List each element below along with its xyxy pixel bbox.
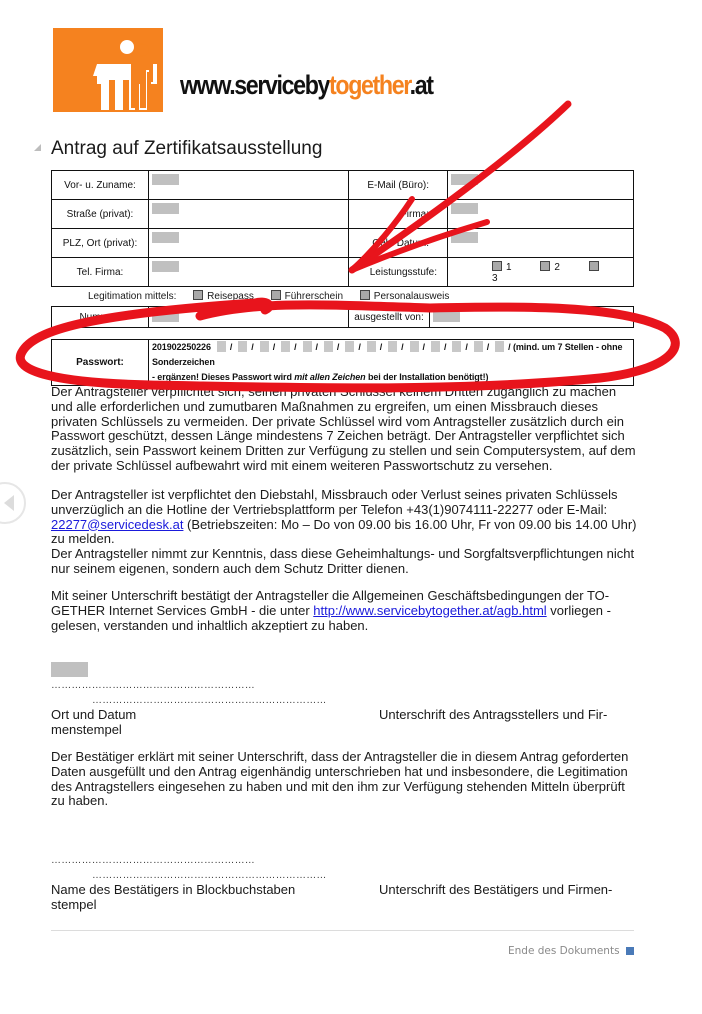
checkbox-icon[interactable] [540, 261, 550, 271]
slot-separator: / [358, 342, 360, 352]
field-label: Vor- u. Zuname: [52, 171, 149, 200]
checkbox-icon[interactable] [360, 290, 370, 300]
field-label: Leistungsstufe: [349, 258, 448, 287]
password-slot[interactable] [495, 341, 504, 352]
slot-separator: / [294, 342, 296, 352]
dotted-line: …………………………………………………… [51, 855, 255, 866]
password-slot[interactable] [410, 341, 419, 352]
password-label: Passwort: [52, 340, 149, 386]
slot-separator: / [230, 342, 232, 352]
level-option-2[interactable]: 2 [540, 262, 560, 273]
email-field[interactable] [448, 171, 634, 200]
password-slot[interactable] [281, 341, 290, 352]
password-slot[interactable] [238, 341, 247, 352]
previous-page-button[interactable] [0, 482, 26, 524]
checkbox-icon[interactable] [589, 261, 599, 271]
end-divider [51, 930, 634, 931]
confirmer-name-label: Name des Bestätigers in Blockbuchstaben [51, 882, 295, 897]
password-slot[interactable] [217, 341, 226, 352]
field-label: Straße (privat): [52, 200, 149, 229]
table-row: Straße (privat): Firma: [52, 200, 634, 229]
slot-separator: / [444, 342, 446, 352]
confirmer-signature-label: Unterschrift des Bestätigers und Firmen- [379, 882, 612, 897]
id-document-table: Nummer: ausgestellt von: [51, 306, 634, 328]
place-date-label: Ort und Datum [51, 707, 136, 722]
checkbox-icon[interactable] [492, 261, 502, 271]
password-slot[interactable] [303, 341, 312, 352]
field-label: E-Mail (Büro): [349, 171, 448, 200]
password-slot[interactable] [367, 341, 376, 352]
paragraph-loss-reporting: Der Antragsteller ist verpflichtet den D… [51, 488, 641, 547]
table-row: Passwort: 201902250226////////////// (mi… [52, 340, 634, 386]
field-label: Geb. Datum: [349, 229, 448, 258]
option-passport[interactable]: Reisepass [193, 291, 254, 302]
slot-separator: / [380, 342, 382, 352]
field-label: Nummer: [52, 307, 149, 328]
field-label: Firma: [349, 200, 448, 229]
end-of-document-label: Ende des Dokuments [508, 945, 620, 957]
company-phone-field[interactable] [149, 258, 349, 287]
password-slot[interactable] [452, 341, 461, 352]
applicant-signature-label: Unterschrift des Antragsstellers und Fir… [379, 707, 607, 722]
paragraph-confirmer: Der Bestätiger erklärt mit seiner Unters… [51, 750, 641, 809]
agb-link[interactable]: http://www.servicebytogether.at/agb.html [313, 603, 546, 618]
password-slots[interactable]: ////////////// [211, 342, 511, 352]
dotted-line: …………………………………………………………… [92, 870, 327, 881]
issued-by-field[interactable] [430, 307, 634, 328]
zip-city-field[interactable] [149, 229, 349, 258]
password-prefix: 201902250226 [152, 342, 211, 352]
collapse-triangle-icon[interactable] [34, 144, 41, 151]
dotted-line: …………………………………………………………… [92, 695, 327, 706]
paragraph-key-obligation: Der Antragsteller verpflichtet sich, sei… [51, 385, 641, 474]
table-row: Nummer: ausgestellt von: [52, 307, 634, 328]
option-id-card[interactable]: Personalausweis [360, 291, 450, 302]
password-table: Passwort: 201902250226////////////// (mi… [51, 339, 634, 386]
page-title: Antrag auf Zertifikatsausstellung [51, 138, 322, 160]
slot-separator: / [487, 342, 489, 352]
option-drivers-license[interactable]: Führerschein [271, 291, 343, 302]
password-slot[interactable] [431, 341, 440, 352]
password-slot[interactable] [474, 341, 483, 352]
slot-separator: / [401, 342, 403, 352]
field-label: Tel. Firma: [52, 258, 149, 287]
password-slot[interactable] [324, 341, 333, 352]
applicant-signature-label-cont: menstempel [51, 722, 122, 737]
slot-separator: / [337, 342, 339, 352]
arrow-left-icon [4, 495, 14, 511]
legitimation-row: Legitimation mittels: Reisepass Führersc… [88, 290, 449, 302]
id-number-field[interactable] [149, 307, 349, 328]
company-logo: www.servicebytogether.at [53, 28, 413, 112]
applicant-form-table: Vor- u. Zuname: E-Mail (Büro): Straße (p… [51, 170, 634, 287]
table-row: Vor- u. Zuname: E-Mail (Büro): [52, 171, 634, 200]
field-label: PLZ, Ort (privat): [52, 229, 149, 258]
dotted-line: …………………………………………………… [51, 680, 255, 691]
legitimation-label: Legitimation mittels: [88, 291, 176, 302]
slot-separator: / [316, 342, 318, 352]
company-field[interactable] [448, 200, 634, 229]
slot-separator: / [465, 342, 467, 352]
place-date-field[interactable] [51, 662, 88, 677]
slot-separator: / [423, 342, 425, 352]
password-slot[interactable] [345, 341, 354, 352]
table-row: Tel. Firma: Leistungsstufe: 1 2 3 [52, 258, 634, 287]
paragraph-terms: Mit seiner Unterschrift bestätigt der An… [51, 589, 641, 633]
checkbox-icon[interactable] [193, 290, 203, 300]
servicedesk-email-link[interactable]: 22277@servicedesk.at [51, 517, 183, 532]
slot-separator: / [273, 342, 275, 352]
logo-url-text: www.servicebytogether.at [180, 70, 433, 101]
field-label: ausgestellt von: [349, 307, 430, 328]
service-level-options: 1 2 3 [448, 258, 634, 287]
password-field[interactable]: 201902250226////////////// (mind. um 7 S… [149, 340, 634, 386]
confirmer-signature-label-cont: stempel [51, 897, 97, 912]
slot-separator: / [251, 342, 253, 352]
slot-separator: / [508, 342, 510, 352]
password-slot[interactable] [388, 341, 397, 352]
level-option-1[interactable]: 1 [492, 262, 512, 273]
password-slot[interactable] [260, 341, 269, 352]
street-field[interactable] [149, 200, 349, 229]
name-field[interactable] [149, 171, 349, 200]
table-row: PLZ, Ort (privat): Geb. Datum: [52, 229, 634, 258]
end-marker-icon [626, 947, 634, 955]
checkbox-icon[interactable] [271, 290, 281, 300]
birthdate-field[interactable] [448, 229, 634, 258]
paragraph-confidentiality: Der Antragsteller nimmt zur Kenntnis, da… [51, 547, 641, 577]
logo-figures-icon [53, 28, 163, 112]
